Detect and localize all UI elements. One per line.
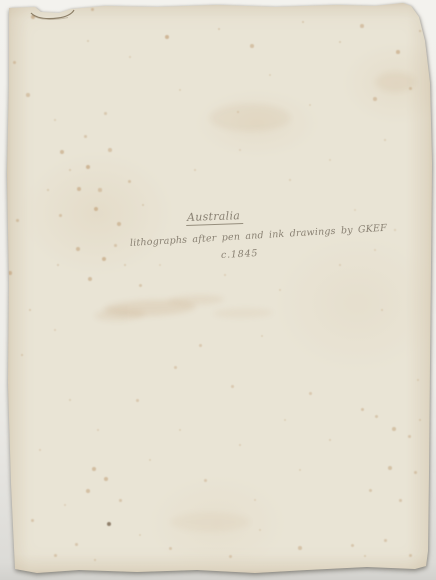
- foxing-spot: [339, 41, 342, 44]
- foxing-spot: [408, 435, 411, 438]
- foxing-spot: [136, 399, 139, 402]
- foxing-spot: [269, 74, 271, 76]
- foxing-spot: [351, 544, 354, 547]
- foxing-spot: [119, 499, 122, 502]
- foxing-spot: [394, 229, 397, 232]
- stain-smudge: [95, 308, 145, 322]
- foxing-spot: [199, 344, 202, 347]
- foxing-spot: [69, 399, 72, 402]
- foxing-spot: [396, 50, 400, 54]
- foxing-spot: [107, 522, 111, 526]
- foxing-spot: [94, 207, 99, 212]
- foxing-spot: [417, 379, 419, 381]
- foxing-spot: [47, 189, 50, 192]
- foxing-spot: [86, 165, 91, 170]
- foxing-spot: [139, 534, 141, 536]
- stain-smudge: [213, 307, 273, 318]
- foxing-spot: [259, 529, 261, 531]
- foxing-spot: [289, 179, 292, 182]
- foxing-spot: [117, 222, 121, 226]
- foxing-spot: [114, 244, 117, 247]
- foxing-spot: [381, 309, 384, 312]
- foxing-spot: [104, 112, 107, 115]
- foxing-spot: [299, 469, 301, 471]
- foxing-spot: [204, 479, 207, 482]
- foxing-spot: [284, 419, 286, 421]
- foxing-spot: [361, 408, 364, 411]
- foxing-spot: [298, 546, 302, 550]
- foxing-spot: [179, 429, 181, 431]
- foxing-spot: [60, 150, 64, 154]
- foxing-spot: [375, 415, 378, 418]
- foxing-spot: [388, 466, 392, 470]
- foxing-spot: [92, 467, 96, 471]
- foxing-spot: [218, 28, 221, 31]
- foxing-spot: [384, 539, 387, 542]
- foxing-spot: [329, 439, 332, 442]
- foxing-spot: [231, 385, 234, 388]
- foxing-spot: [384, 139, 387, 142]
- foxing-spot: [87, 40, 90, 43]
- scanner-background: Australia lithographs after pen and ink …: [0, 0, 436, 580]
- foxing-spot: [94, 559, 97, 562]
- foxing-spot: [373, 97, 377, 101]
- foxing-spot: [57, 264, 60, 267]
- foxing-spot: [279, 289, 281, 291]
- paper-shadow-wrap: [0, 0, 436, 580]
- foxing-spot: [31, 519, 34, 522]
- paper-fold-crease-icon: [28, 5, 84, 23]
- foxing-spot: [309, 104, 311, 106]
- foxing-spot: [159, 264, 161, 266]
- foxing-spot: [169, 547, 172, 550]
- foxing-spot: [102, 257, 107, 262]
- foxing-spot: [142, 204, 145, 207]
- foxing-spot: [374, 249, 376, 251]
- foxing-spot: [179, 89, 182, 92]
- foxing-spot: [97, 429, 99, 431]
- stain-smudge: [170, 512, 250, 532]
- foxing-spot: [354, 209, 356, 211]
- foxing-spot: [75, 543, 78, 546]
- foxing-spot: [239, 149, 241, 151]
- inscription-title-line: Australia: [186, 209, 244, 226]
- paper-sheet-verso: [7, 3, 433, 574]
- foxing-spot: [414, 471, 417, 474]
- foxing-spot: [21, 354, 24, 357]
- foxing-spot: [194, 169, 197, 172]
- foxing-spot: [84, 135, 87, 138]
- foxing-spot: [98, 188, 101, 191]
- foxing-spot: [69, 169, 72, 172]
- foxing-spot: [91, 8, 94, 11]
- foxing-spot: [360, 24, 364, 28]
- foxing-spot: [54, 554, 57, 557]
- foxing-spot: [64, 504, 66, 506]
- foxing-spot: [399, 499, 402, 502]
- foxing-spot: [104, 477, 108, 481]
- foxing-spot: [364, 555, 367, 558]
- stain-smudge: [375, 72, 415, 92]
- foxing-spot: [419, 30, 422, 33]
- foxing-spot: [128, 180, 131, 183]
- foxing-spot: [76, 247, 80, 251]
- foxing-spot: [59, 214, 62, 217]
- foxing-spot: [86, 489, 90, 493]
- foxing-spot: [329, 159, 331, 161]
- foxing-spots-layer: [0, 0, 436, 580]
- foxing-spot: [250, 44, 254, 48]
- foxing-spot: [165, 35, 169, 39]
- foxing-spot: [13, 61, 16, 64]
- foxing-spot: [224, 274, 227, 277]
- foxing-spot: [77, 187, 81, 191]
- inscription-date-line: c.1845: [221, 248, 259, 261]
- foxing-spot: [392, 427, 396, 431]
- foxing-spot: [26, 93, 30, 97]
- foxing-spot: [309, 392, 312, 395]
- foxing-spot: [409, 554, 412, 557]
- foxing-spot: [29, 309, 32, 312]
- foxing-spot: [302, 21, 305, 24]
- foxing-spot: [229, 555, 232, 558]
- foxing-spot: [54, 329, 56, 331]
- foxing-spot: [149, 459, 151, 461]
- foxing-spot: [174, 366, 177, 369]
- foxing-spot: [239, 444, 242, 447]
- foxing-spot: [129, 56, 131, 58]
- foxing-spot: [39, 449, 41, 451]
- foxing-spot: [124, 264, 127, 267]
- foxing-spot: [16, 219, 19, 222]
- stain-smudge: [210, 104, 290, 132]
- foxing-spot: [8, 271, 12, 275]
- foxing-spot: [339, 264, 342, 267]
- foxing-spot: [254, 499, 256, 501]
- foxing-spot: [419, 419, 422, 422]
- stain-smudge: [168, 294, 224, 306]
- foxing-spot: [261, 335, 263, 337]
- foxing-spot: [54, 119, 57, 122]
- foxing-spot: [369, 489, 372, 492]
- foxing-spot: [139, 284, 142, 287]
- foxing-spot: [88, 277, 92, 281]
- foxing-spot: [108, 148, 112, 152]
